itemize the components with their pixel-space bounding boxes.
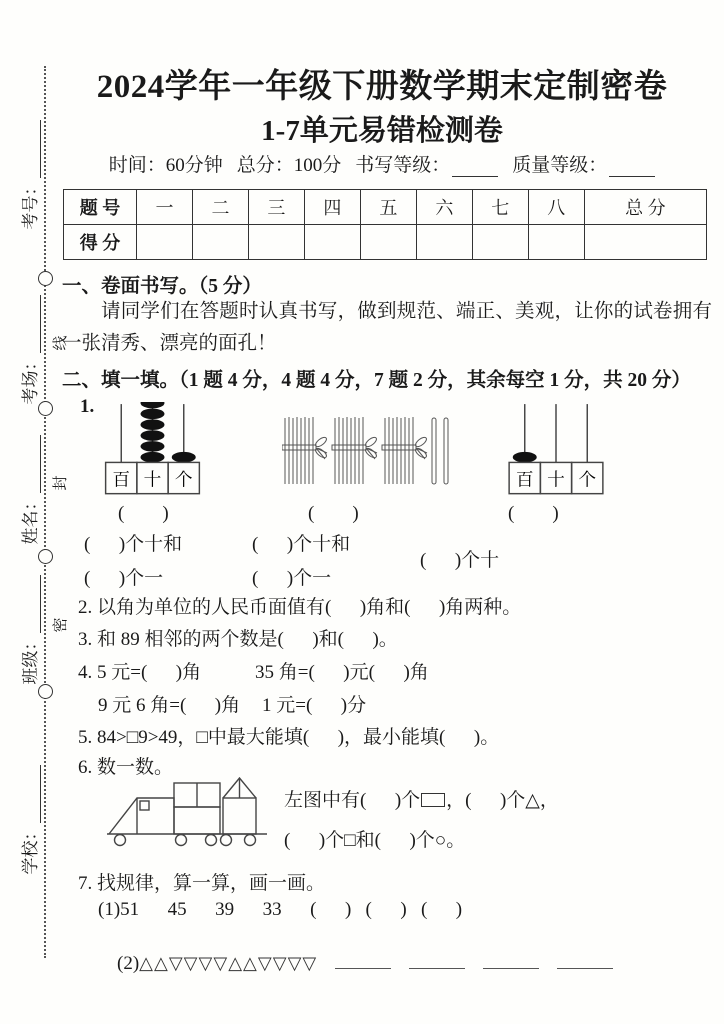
school-blank <box>25 766 41 824</box>
question-4-part1: 4. 5 元=( )角 <box>78 657 201 684</box>
seal-char-feng: 封 <box>51 473 71 493</box>
q1-col1-line2: ( )个一 <box>84 563 163 590</box>
score-header-cell: 七 <box>472 190 528 225</box>
seal-dotted-line <box>44 66 46 958</box>
exam-paper: 考号： 考场： 姓名： 班级： 学校： 线 封 密 2024学年一年级下册数学期… <box>0 0 724 1024</box>
school-label: 学校： <box>16 824 41 875</box>
q6-text-part2: ，( )个△， <box>446 790 559 811</box>
q7-answer-blank-1 <box>335 953 391 969</box>
question-4-part3: 9 元 6 角=( )角 <box>98 690 240 717</box>
exam-number-label: 考号： <box>16 179 41 230</box>
question-4-part2: 35 角=( )元( )角 <box>255 657 429 684</box>
school-field: 学校： <box>19 755 41 885</box>
score-table: 题 号 一 二 三 四 五 六 七 八 总 分 得 分 <box>63 189 707 260</box>
q1-col2-line1: ( )个十和 <box>252 529 350 556</box>
question-2: 2. 以角为单位的人民币面值有( )角和( )角两种。 <box>78 592 521 619</box>
abacus1-ones-rod <box>172 452 196 463</box>
abacus2-label-tens: 十 <box>547 469 565 489</box>
seal-circle-2 <box>38 401 53 416</box>
score-row-label: 得 分 <box>64 225 137 260</box>
score-header-cell: 五 <box>360 190 416 225</box>
abacus1-label-tens: 十 <box>144 469 162 489</box>
seal-circle-3 <box>38 549 53 564</box>
question-3: 3. 和 89 相邻的两个数是( )和( )。 <box>78 624 398 651</box>
q1-paren-blank-2: ( ) <box>308 503 359 525</box>
abacus1-tens-rod <box>141 402 165 463</box>
section-two-heading: 二、填一填。（1 题 4 分，4 题 4 分，7 题 2 分，其余每空 1 分，… <box>62 364 691 392</box>
class-field: 班级： <box>19 565 41 695</box>
abacus1-label-hundreds: 百 <box>112 469 130 489</box>
score-empty-cell <box>528 225 584 260</box>
q1-col1-line1: ( )个十和 <box>84 529 182 556</box>
seal-char-mi: 密 <box>51 615 71 635</box>
sticks-figure-wrap <box>282 412 454 494</box>
train-figure <box>103 772 273 852</box>
name-blank <box>25 436 41 494</box>
abacus-figure-1: 百 十 个 <box>100 402 205 502</box>
score-header-cell: 题 号 <box>64 190 137 225</box>
exam-room-blank <box>25 296 41 354</box>
q7-triangle-pattern: △△▽▽▽▽△△▽▽▽▽ <box>139 953 317 974</box>
name-label: 姓名： <box>16 494 41 545</box>
score-table-score-row: 得 分 <box>64 225 707 260</box>
exam-info-row: 时间：60分钟 总分：100分 书写等级： 质量等级： <box>56 150 708 177</box>
section-one-body: 请同学们在答题时认真书写，做到规范、端正、美观，让你的试卷拥有一张清秀、漂亮的面… <box>62 296 712 360</box>
q1-paren-blank-3: ( ) <box>508 503 559 525</box>
exam-number-field: 考号： <box>19 110 41 240</box>
score-empty-cell <box>584 225 706 260</box>
question-7-heading: 7. 找规律，算一算，画一画。 <box>78 868 325 895</box>
class-blank <box>25 576 41 634</box>
q7-line2-prefix: (2) <box>117 953 139 974</box>
score-empty-cell <box>248 225 304 260</box>
score-empty-cell <box>304 225 360 260</box>
question-5: 5. 84>□9>49，□中最大能填( )，最小能填( )。 <box>78 722 499 749</box>
question-6-line2: ( )个□和( )个○。 <box>284 825 465 852</box>
writing-grade-label: 书写等级： <box>355 150 450 177</box>
score-empty-cell <box>360 225 416 260</box>
exam-room-label: 考场： <box>16 354 41 405</box>
score-header-cell: 三 <box>248 190 304 225</box>
q7-answer-blank-2 <box>409 953 465 969</box>
q1-number: 1. <box>80 396 94 418</box>
question-7-line1: (1)51 45 39 33 ( ) ( ) ( ) <box>98 899 462 921</box>
question-4-part4: 1 元=( )分 <box>262 690 366 717</box>
abacus-figure-2: 百 十 个 <box>490 402 622 502</box>
q1-col2-line2: ( )个一 <box>252 563 331 590</box>
wide-rectangle-shape <box>421 793 445 807</box>
score-header-cell: 一 <box>137 190 193 225</box>
abacus2-hundreds-rod <box>513 452 537 463</box>
question-7-line2: (2)△△▽▽▽▽△△▽▽▽▽ <box>98 931 613 997</box>
q6-text-part1: 左图中有( )个 <box>284 790 420 811</box>
score-header-cell: 四 <box>304 190 360 225</box>
page-title: 2024学年一年级下册数学期末定制密卷 <box>56 60 708 107</box>
q1-col3-line1: ( )个十 <box>420 545 499 572</box>
score-empty-cell <box>416 225 472 260</box>
exam-number-blank <box>25 121 41 179</box>
score-empty-cell <box>137 225 193 260</box>
class-label: 班级： <box>16 634 41 685</box>
score-header-cell: 总 分 <box>584 190 706 225</box>
score-empty-cell <box>192 225 248 260</box>
section-one-heading: 一、卷面书写。（5 分） <box>62 270 262 298</box>
score-table-header-row: 题 号 一 二 三 四 五 六 七 八 总 分 <box>64 190 707 225</box>
quality-grade-label: 质量等级： <box>512 150 607 177</box>
q7-answer-blank-4 <box>557 953 613 969</box>
name-field: 姓名： <box>19 425 41 555</box>
abacus2-label-hundreds: 百 <box>516 469 534 489</box>
abacus1-label-ones: 个 <box>175 469 193 489</box>
writing-grade-blank <box>452 160 498 177</box>
abacus2-label-ones: 个 <box>578 469 596 489</box>
score-header-cell: 八 <box>528 190 584 225</box>
seal-circle-4 <box>38 684 53 699</box>
sticks-figure <box>282 412 454 494</box>
question-6-line1: 左图中有( )个，( )个△， <box>284 785 559 812</box>
q1-paren-blank-1: ( ) <box>118 503 169 525</box>
exam-room-field: 考场： <box>19 285 41 415</box>
page-subtitle: 1-7单元易错检测卷 <box>56 108 708 149</box>
seal-circle-1 <box>38 271 53 286</box>
q7-answer-blank-3 <box>483 953 539 969</box>
time-label: 时间：60分钟 <box>109 150 223 177</box>
quality-grade-blank <box>609 160 655 177</box>
score-header-cell: 六 <box>416 190 472 225</box>
score-empty-cell <box>472 225 528 260</box>
score-header-cell: 二 <box>192 190 248 225</box>
total-label: 总分：100分 <box>237 150 342 177</box>
